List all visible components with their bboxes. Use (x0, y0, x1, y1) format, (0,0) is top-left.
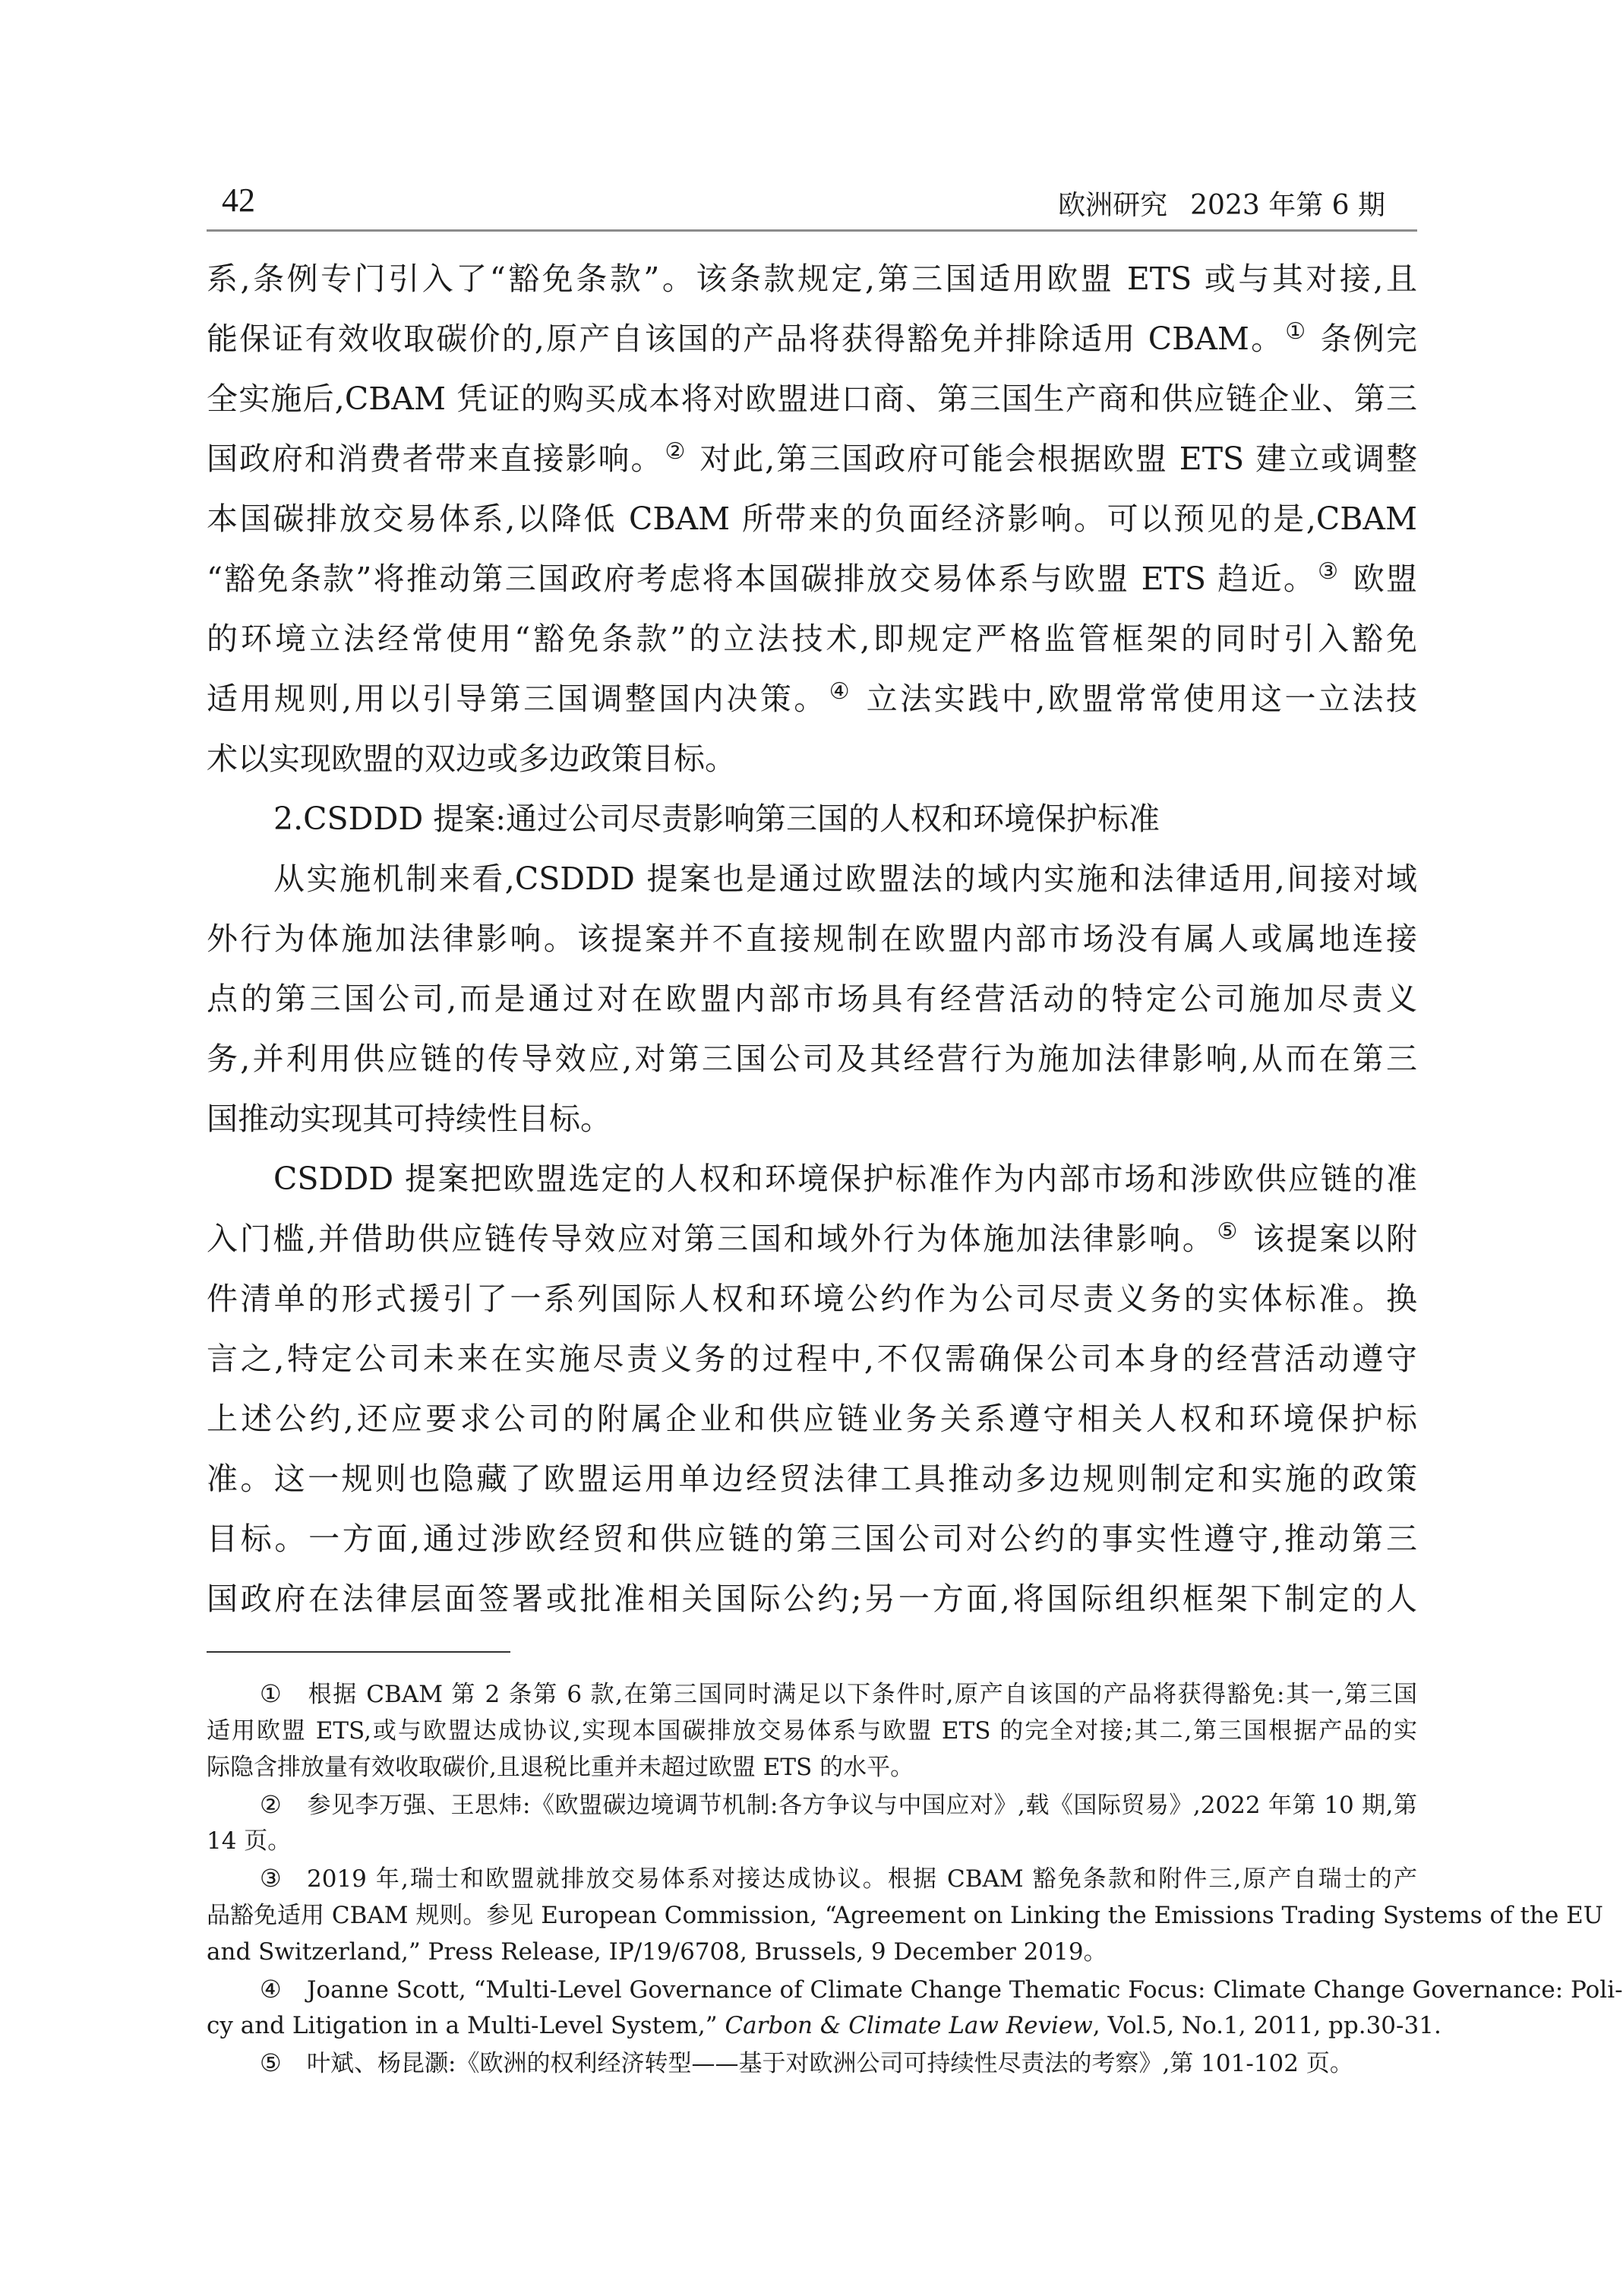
text-line: 的环境立法经常使用“豁免条款”的立法技术,即规定严格监管框架的同时引入豁免 (207, 609, 1417, 669)
text-line: 国政府和消费者带来直接影响。② 对此,第三国政府可能会根据欧盟 ETS 建立或调… (207, 429, 1417, 489)
footnote-marker: ② (260, 1786, 307, 1824)
section-heading: 2.CSDDD 提案:通过公司尽责影响第三国的人权和环境保护标准 (207, 789, 1417, 849)
text-line: 件清单的形式援引了一系列国际人权和环境公约作为公司尽责义务的实体标准。换 (207, 1269, 1417, 1329)
footnote-3: ③2019 年,瑞士和欧盟就排放交易体系对接达成协议。根据 CBAM 豁免条款和… (207, 1860, 1417, 1897)
text-span: 国政府和消费者带来直接影响。 (207, 441, 663, 477)
text-line: 点的第三国公司,而是通过对在欧盟内部市场具有经营活动的特定公司施加尽责义 (207, 969, 1417, 1029)
footnote-text: Joanne Scott, “Multi-Level Governance of… (307, 1976, 1623, 2004)
page-header: 42 欧洲研究2023 年第 6 期 (207, 173, 1417, 219)
journal-info: 欧洲研究2023 年第 6 期 (1058, 184, 1385, 223)
text-line: 国政府在法律层面签署或批准相关国际公约;另一方面,将国际组织框架下制定的人 (207, 1569, 1417, 1629)
footnote-1: ①根据 CBAM 第 2 条第 6 款,在第三国同时满足以下条件时,原产自该国的… (207, 1675, 1417, 1713)
footnote-marker: ① (260, 1675, 307, 1713)
footnote-line: 适用欧盟 ETS,或与欧盟达成协议,实现本国碳排放交易体系与欧盟 ETS 的完全… (207, 1713, 1417, 1750)
text-line: 入门槛,并借助供应链传导效应对第三国和域外行为体施加法律影响。⑤ 该提案以附 (207, 1209, 1417, 1269)
page-number: 42 (222, 181, 255, 219)
journal-title: 欧洲研究 (1058, 190, 1167, 221)
text-line: 能保证有效收取碳价的,原产自该国的产品将获得豁免并排除适用 CBAM。① 条例完 (207, 309, 1417, 369)
footnote-line: 际隐含排放量有效收取碳价,且退税比重并未超过欧盟 ETS 的水平。 (207, 1749, 1417, 1786)
text-line: 从实施机制来看,CSDDD 提案也是通过欧盟法的域内实施和法律适用,间接对域 (207, 849, 1417, 909)
footnote-line: and Switzerland,” Press Release, IP/19/6… (207, 1934, 1417, 1971)
footnote-text: 参见李万强、王思炜:《欧盟碳边境调节机制:各方争议与中国应对》,载《国际贸易》,… (307, 1792, 1417, 1819)
footnote-line: 品豁免适用 CBAM 规则。参见 European Commission, “A… (207, 1897, 1417, 1934)
text-line: 系,条例专门引入了“豁免条款”。该条款规定,第三国适用欧盟 ETS 或与其对接,… (207, 249, 1417, 309)
footnote-text: 叶斌、杨昆灏:《欧洲的权利经济转型——基于对欧洲公司可持续性尽责法的考察》,第 … (307, 2050, 1353, 2077)
journal-name: Carbon & Climate Law Review (725, 2012, 1092, 2039)
footnote-marker: ④ (260, 1971, 307, 2008)
text-span: 对此,第三国政府可能会根据欧盟 ETS 建立或调整 (699, 441, 1417, 477)
text-line: 外行为体施加法律影响。该提案并不直接规制在欧盟内部市场没有属人或属地连接 (207, 909, 1417, 969)
footnote-ref-2[interactable]: ② (665, 438, 687, 465)
footnote-5: ⑤叶斌、杨昆灏:《欧洲的权利经济转型——基于对欧洲公司可持续性尽责法的考察》,第… (207, 2045, 1417, 2082)
header-rule (207, 229, 1417, 232)
text-line: 适用规则,用以引导第三国调整国内决策。④ 立法实践中,欧盟常常使用这一立法技 (207, 669, 1417, 729)
footnote-line: 14 页。 (207, 1823, 1417, 1860)
text-line: CSDDD 提案把欧盟选定的人权和环境保护标准作为内部市场和涉欧供应链的准 (207, 1149, 1417, 1209)
text-line: 全实施后,CBAM 凭证的购买成本将对欧盟进口商、第三国生产商和供应链企业、第三 (207, 369, 1417, 429)
footnote-line: cy and Litigation in a Multi-Level Syste… (207, 2007, 1417, 2045)
text-span: 立法实践中,欧盟常常使用这一立法技 (867, 681, 1417, 717)
text-span: 能保证有效收取碳价的,原产自该国的产品将获得豁免并排除适用 CBAM。 (207, 321, 1284, 357)
footnote-text: , Vol.5, No.1, 2011, pp.30-31. (1093, 2012, 1441, 2039)
body-text: 系,条例专门引入了“豁免条款”。该条款规定,第三国适用欧盟 ETS 或与其对接,… (207, 249, 1417, 1629)
footnote-ref-1[interactable]: ① (1285, 318, 1307, 345)
text-span: 入门槛,并借助供应链传导效应对第三国和域外行为体施加法律影响。 (207, 1221, 1216, 1257)
text-line: 术以实现欧盟的双边或多边政策目标。 (207, 729, 1417, 789)
footnote-text: cy and Litigation in a Multi-Level Syste… (207, 2012, 718, 2039)
text-line: 言之,特定公司未来在实施尽责义务的过程中,不仅需确保公司本身的经营活动遵守 (207, 1329, 1417, 1389)
footnote-text: 根据 CBAM 第 2 条第 6 款,在第三国同时满足以下条件时,原产自该国的产… (307, 1681, 1417, 1708)
footnote-rule (207, 1651, 510, 1653)
footnote-ref-5[interactable]: ⑤ (1217, 1218, 1240, 1245)
footnote-ref-3[interactable]: ③ (1318, 558, 1340, 585)
text-line: 务,并利用供应链的传导效应,对第三国公司及其经营行为施加法律影响,从而在第三 (207, 1029, 1417, 1089)
footnote-marker: ③ (260, 1860, 307, 1897)
text-span: 适用规则,用以引导第三国调整国内决策。 (207, 681, 828, 717)
text-span: 条例完 (1321, 321, 1417, 357)
text-span: “豁免条款”将推动第三国政府考虑将本国碳排放交易体系与欧盟 ETS 趋近。 (207, 561, 1316, 597)
text-line: 目标。一方面,通过涉欧经贸和供应链的第三国公司对公约的事实性遵守,推动第三 (207, 1509, 1417, 1569)
text-line: 本国碳排放交易体系,以降低 CBAM 所带来的负面经济影响。可以预见的是,CBA… (207, 489, 1417, 549)
footnote-text: 2019 年,瑞士和欧盟就排放交易体系对接达成协议。根据 CBAM 豁免条款和附… (307, 1865, 1417, 1893)
text-span: 欧盟 (1353, 561, 1417, 597)
journal-issue: 2023 年第 6 期 (1190, 190, 1385, 221)
footnotes: ①根据 CBAM 第 2 条第 6 款,在第三国同时满足以下条件时,原产自该国的… (207, 1675, 1417, 2082)
footnote-4: ④Joanne Scott, “Multi-Level Governance o… (207, 1971, 1417, 2008)
footnote-2: ②参见李万强、王思炜:《欧盟碳边境调节机制:各方争议与中国应对》,载《国际贸易》… (207, 1786, 1417, 1824)
text-line: 国推动实现其可持续性目标。 (207, 1089, 1417, 1149)
text-line: 准。这一规则也隐藏了欧盟运用单边经贸法律工具推动多边规则制定和实施的政策 (207, 1449, 1417, 1509)
text-line: 上述公约,还应要求公司的附属企业和供应链业务关系遵守相关人权和环境保护标 (207, 1389, 1417, 1449)
text-span: 该提案以附 (1253, 1221, 1417, 1257)
text-line: “豁免条款”将推动第三国政府考虑将本国碳排放交易体系与欧盟 ETS 趋近。③ 欧… (207, 549, 1417, 609)
footnote-ref-4[interactable]: ④ (829, 678, 852, 705)
footnote-marker: ⑤ (260, 2045, 307, 2082)
